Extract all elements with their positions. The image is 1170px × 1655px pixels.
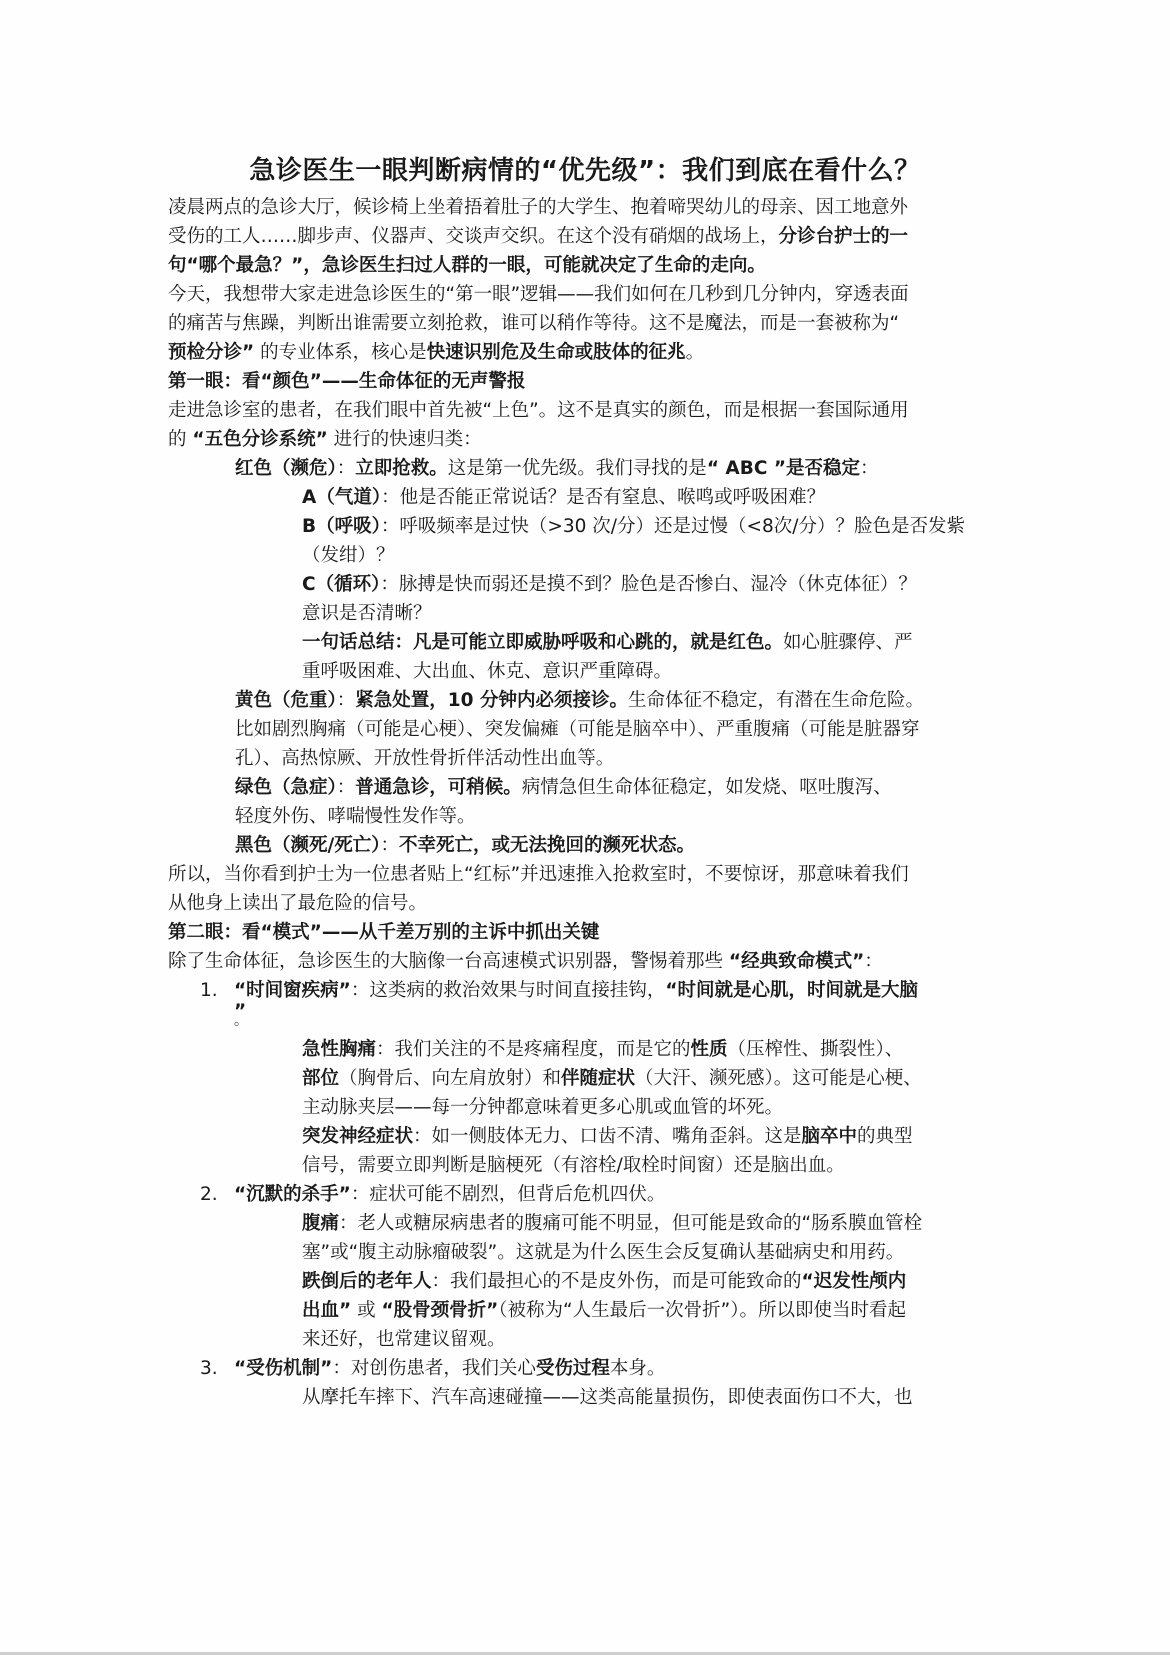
section1-closing-line-2: 从他身上读出了最危险的信号。: [168, 889, 427, 919]
triage-black: 黑色（濒死/死亡）：不幸死亡，或无法挽回的濒死状态。: [235, 831, 695, 861]
triage-yellow-line-1: 黄色（危重）：紧急处置，10 分钟内必须接诊。生命体征不稳定，有潜在生命危险。: [235, 686, 924, 716]
abdominal-pain-line-2: 塞”或“腹主动脉瘤破裂”。这就是为什么医生会反复确认基础病史和用药。: [302, 1238, 904, 1268]
document-page: 急诊医生一眼判断病情的“优先级”：我们到底在看什么？ 凌晨两点的急诊大厅，候诊椅…: [0, 0, 1170, 1652]
neuro-line-2: 信号，需要立即判断是脑梗死（有溶栓/取栓时间窗）还是脑出血。: [302, 1151, 845, 1181]
section2-intro: 除了生命体征，急诊医生的大脑像一台高速模式识别器，警惕着那些 “经典致命模式”：: [168, 947, 883, 977]
chest-pain-line-1: 急性胸痛：我们关注的不是疼痛程度，而是它的性质（压榨性、撕裂性）、: [302, 1035, 903, 1065]
intro-line-6: 预检分诊” 的专业体系，核心是快速识别危及生命或肢体的征兆。: [168, 338, 704, 368]
document-title: 急诊医生一眼判断病情的“优先级”：我们到底在看什么？: [0, 150, 1170, 187]
triage-red: 红色（濒危）：立即抢救。这是第一优先级。我们寻找的是“ ABC ”是否稳定：: [235, 454, 879, 484]
red-summary-line-2: 重呼吸困难、大出血、休克、意识严重障碍。: [302, 657, 672, 687]
elderly-fall-line-1: 跌倒后的老年人：我们最担心的不是皮外伤，而是可能致命的“迟发性颅内: [302, 1267, 906, 1297]
abdominal-pain-line-1: 腹痛：老人或糖尿病患者的腹痛可能不明显，但可能是致命的“肠系膜血管栓: [302, 1209, 922, 1239]
intro-line-3: 句“哪个最急？”，急诊医生扫过人群的一眼，可能就决定了生命的走向。: [168, 251, 766, 281]
elderly-fall-line-2: 出血” 或 “股骨颈骨折”（被称为“人生最后一次骨折”）。所以即使当时看起: [302, 1296, 906, 1326]
abc-breathing-line-2: （发绀）？: [302, 541, 395, 571]
elderly-fall-line-3: 来还好，也常建议留观。: [302, 1325, 506, 1355]
list-item-1: 1.“时间窗疾病”：这类病的救治效果与时间直接挂钩，“时间就是心肌，时间就是大脑: [200, 976, 918, 1006]
triage-green-line-1: 绿色（急症）：普通急诊，可稍候。病情急但生命体征稳定，如发烧、呕吐腹泻、: [235, 773, 892, 803]
triage-green-line-2: 轻度外伤、哮喘慢性发作等。: [235, 802, 476, 832]
triage-yellow-line-3: 孔）、高热惊厥、开放性骨折伴活动性出血等。: [235, 744, 614, 774]
neuro-line-1: 突发神经症状：如一侧肢体无力、口齿不清、嘴角歪斜。这是脑卒中的典型: [302, 1122, 913, 1152]
abc-breathing-line-1: B（呼吸）：呼吸频率是过快（>30 次/分）还是过慢（<8次/分）？脸色是否发紫: [302, 512, 965, 542]
abc-airway: A（气道）：他是否能正常说话？是否有窒息、喉鸣或呼吸困难？: [302, 483, 825, 513]
list-item-1-wrap-period: 。: [234, 1006, 248, 1036]
section2-heading: 第二眼：看“模式”——从千差万别的主诉中抓出关键: [168, 918, 599, 948]
triage-yellow-line-2: 比如剧烈胸痛（可能是心梗）、突发偏瘫（可能是脑卒中）、严重腹痛（可能是脏器穿: [235, 715, 920, 745]
list-item-3: 3.“受伤机制”：对创伤患者，我们关心受伤过程本身。: [200, 1354, 665, 1384]
section1-closing-line-1: 所以，当你看到护士为一位患者贴上“红标”并迅速推入抢救室时，不要惊讶，那意味着我…: [168, 860, 909, 890]
intro-line-5: 的痛苦与焦躁，判断出谁需要立刻抢救，谁可以稍作等待。这不是魔法，而是一套被称为“: [168, 309, 899, 339]
intro-line-4: 今天，我想带大家走进急诊医生的“第一眼”逻辑——我们如何在几秒到几分钟内，穿透表…: [168, 280, 909, 310]
chest-pain-line-2: 部位（胸骨后、向左肩放射）和伴随症状（大汗、濒死感）。这可能是心梗、: [302, 1064, 922, 1094]
list-item-2: 2.“沉默的杀手”：症状可能不剧烈，但背后危机四伏。: [200, 1180, 665, 1210]
intro-line-1: 凌晨两点的急诊大厅，候诊椅上坐着捂着肚子的大学生、抱着啼哭幼儿的母亲、因工地意外: [168, 193, 908, 223]
intro-line-2: 受伤的工人……脚步声、仪器声、交谈声交织。在这个没有硝烟的战场上，分诊台护士的一: [168, 222, 908, 252]
abc-circulation-line-1: C（循环）：脉搏是快而弱还是摸不到？脸色是否惨白、湿冷（休克体征）？: [302, 570, 917, 600]
injury-mechanism-line-1: 从摩托车摔下、汽车高速碰撞——这类高能量损伤，即使表面伤口不大，也: [302, 1383, 913, 1413]
section1-para-line-1: 走进急诊室的患者，在我们眼中首先被“上色”。这不是真实的颜色，而是根据一套国际通…: [168, 396, 909, 426]
chest-pain-line-3: 主动脉夹层——每一分钟都意味着更多心肌或血管的坏死。: [302, 1093, 783, 1123]
section1-heading: 第一眼：看“颜色”——生命体征的无声警报: [168, 367, 525, 397]
abc-circulation-line-2: 意识是否清晰？: [302, 599, 432, 629]
red-summary-line-1: 一句话总结：凡是可能立即威胁呼吸和心跳的，就是红色。如心脏骤停、严: [302, 628, 913, 658]
section1-para-line-2: 的 “五色分诊系统” 进行的快速归类：: [168, 425, 482, 455]
